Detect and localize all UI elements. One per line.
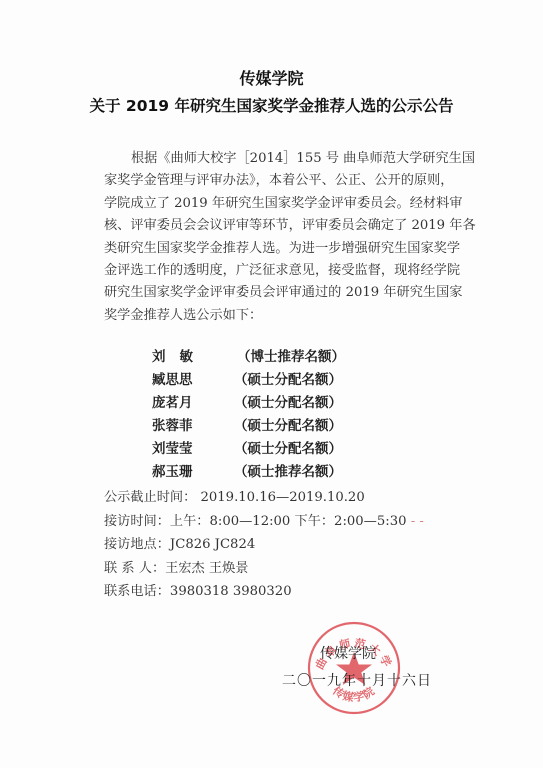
pen-mark: - - [411, 514, 424, 529]
body-line: 核、评审委员会会议评审等环节，评审委员会确定了 2019 年各 [104, 215, 454, 237]
nominee-name: 张蓉菲 [152, 414, 232, 434]
body-line: 金评选工作的透明度，广泛征求意见，接受监督，现将经学院 [104, 260, 454, 282]
visit-time-text: 接访时间：上午：8:00—12:00 下午：2:00—5:30 [104, 514, 406, 529]
page-title: 关于 2019 年研究生国家奖学金推荐人选的公示公告 [0, 94, 543, 116]
nominee-quota: （硕士分配名额） [234, 368, 342, 388]
nominee-quota: （硕士分配名额） [234, 391, 342, 411]
nominee-name: 臧思思 [152, 368, 232, 388]
announcement-body: 根据《曲师大校字［2014］155 号 曲阜师范大学研究生国 家奖学金管理与评审… [104, 148, 454, 327]
nominee-name: 刘敏 [152, 345, 232, 365]
contact-person-line: 联 系 人：王宏杰 王焕景 [104, 557, 424, 581]
nominee-name: 郝玉珊 [152, 460, 232, 480]
signature-date: 二〇一九年十月十六日 [282, 670, 432, 690]
nominee-quota: （硕士分配名额） [234, 414, 342, 434]
body-line: 根据《曲师大校字［2014］155 号 曲阜师范大学研究生国 [104, 148, 454, 170]
phone-line: 联系电话：3980318 3980320 [104, 580, 424, 604]
nominee-quota: （硕士分配名额） [234, 437, 342, 457]
nominee-quota: （硕士推荐名额） [234, 460, 342, 480]
official-seal-icon: 曲阜师范大学 传媒学院 [306, 620, 402, 716]
nominee-name: 庞茗月 [152, 391, 232, 411]
deadline-line: 公示截止时间： 2019.10.16—2019.10.20 [104, 486, 424, 510]
nominee-quota: （博士推荐名额） [237, 345, 345, 365]
body-line: 家奖学金管理与评审办法》，本着公平、公正、公开的原则， [104, 170, 454, 192]
body-line: 类研究生国家奖学金推荐人选。为进一步增强研究生国家奖学 [104, 238, 454, 260]
contact-info: 公示截止时间： 2019.10.16—2019.10.20 接访时间：上午：8:… [104, 486, 424, 604]
body-line: 学院成立了 2019 年研究生国家奖学金评审委员会。经材料审 [104, 193, 454, 215]
visit-place-line: 接访地点：JC826 JC824 [104, 533, 424, 557]
visit-time-line: 接访时间：上午：8:00—12:00 下午：2:00—5:30 - - [104, 510, 424, 534]
signature-org: 传媒学院 [320, 643, 376, 663]
nominee-name: 刘莹莹 [152, 437, 232, 457]
org-heading: 传媒学院 [0, 66, 543, 89]
body-line: 研究生国家奖学金评审委员会评审通过的 2019 年研究生国家 [104, 282, 454, 304]
body-line: 奖学金推荐人选公示如下： [104, 305, 454, 327]
